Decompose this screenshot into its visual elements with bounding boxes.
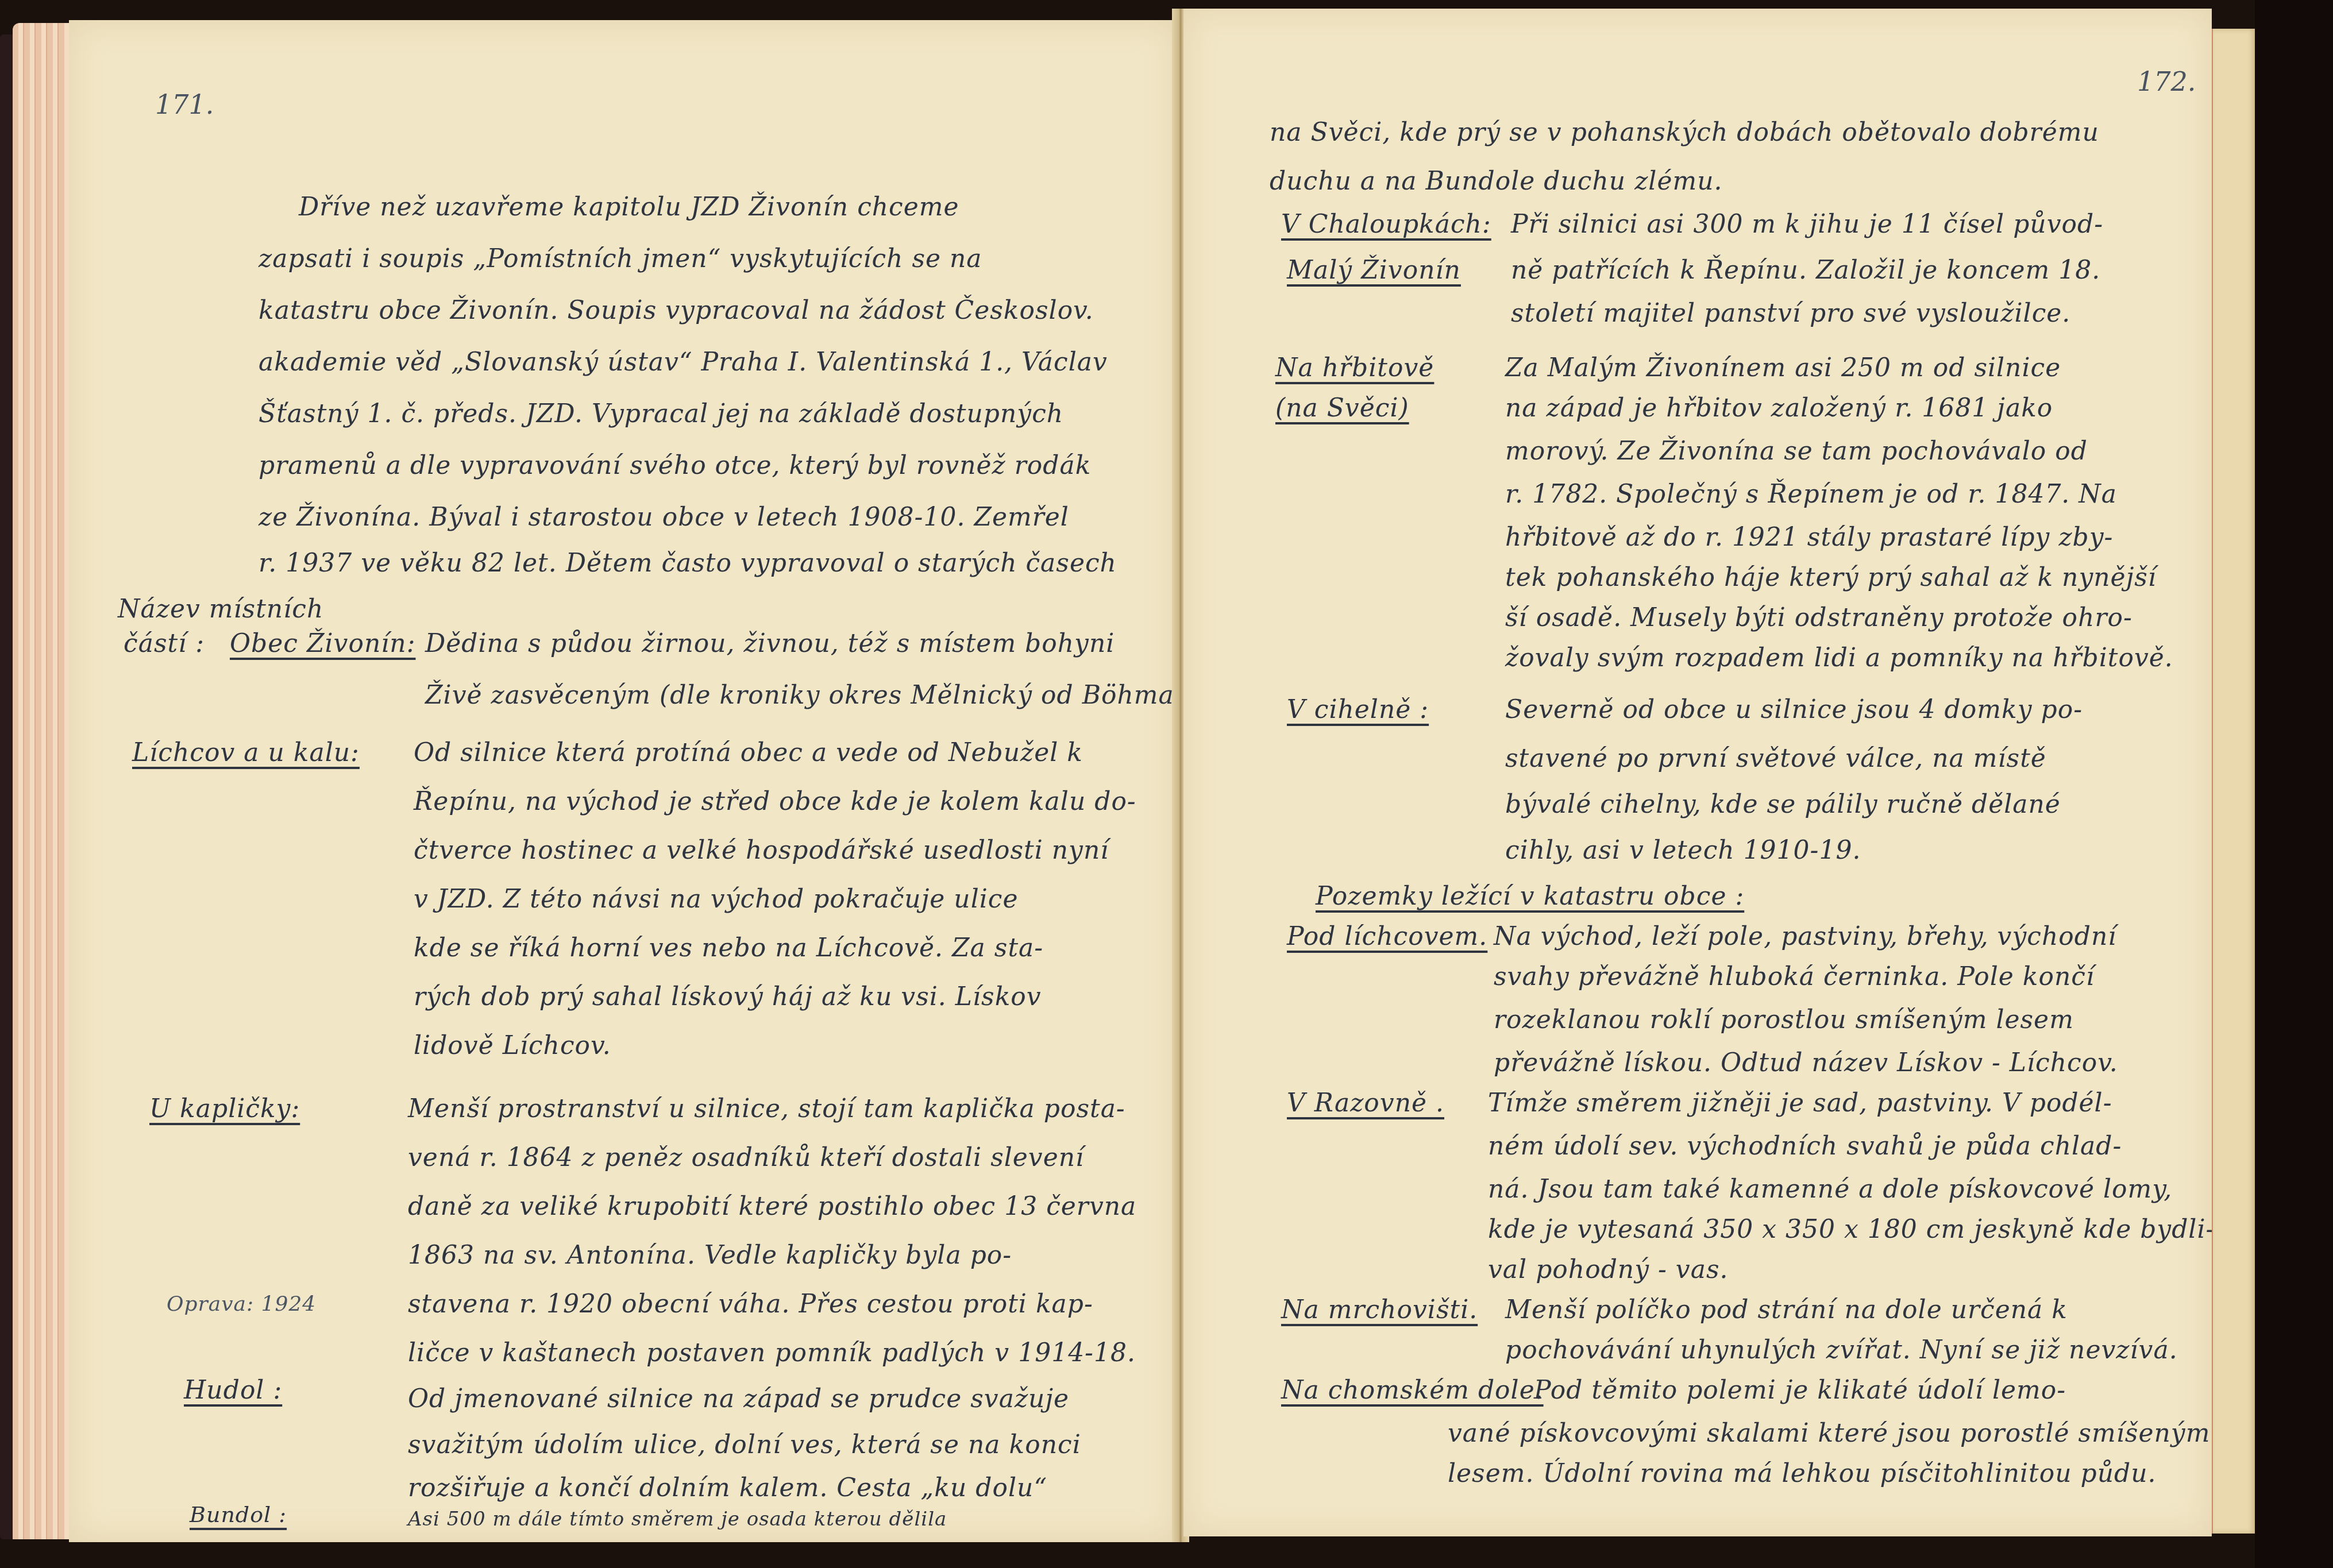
continuation-line: duchu a na Bundole duchu zlému. <box>1270 167 1723 196</box>
entry-line: ném údolí sev. východních svahů je půda … <box>1488 1131 2122 1161</box>
subsection-heading: Pozemky ležící v katastru obce : <box>1316 882 1744 911</box>
entry-line: cihly, asi v letech 1910-19. <box>1505 836 1861 865</box>
section-heading: Název místních <box>118 594 323 624</box>
entry-line: rých dob prý sahal lískový háj až ku vsi… <box>414 982 1042 1011</box>
intro-line: Šťastný 1. č. předs. JZD. Vypracal jej n… <box>259 399 1063 428</box>
entry-line: Menší prostranství u silnice, stojí tam … <box>408 1094 1125 1123</box>
intro-line: ze Živonína. Býval i starostou obce v le… <box>259 503 1069 532</box>
intro-line: r. 1937 ve věku 82 let. Dětem často vypr… <box>259 549 1117 578</box>
entry-line: století majitel panství pro své vyslouži… <box>1511 299 2070 328</box>
entry-line: ná. Jsou tam také kamenné a dole pískovc… <box>1488 1175 2172 1204</box>
entry-line: Od silnice která protíná obec a vede od … <box>414 738 1083 767</box>
entry-label: Pod líchcovem. <box>1287 922 1487 951</box>
entry-line: daně za veliké krupobití které postihlo … <box>408 1192 1136 1221</box>
intro-line: zapsati i soupis „Pomístních jmen“ vysky… <box>259 244 982 273</box>
entry-line: svažitým údolím ulice, dolní ves, která … <box>408 1430 1081 1459</box>
entry-line: Za Malým Živonínem asi 250 m od silnice <box>1505 353 2061 383</box>
book-cover-right <box>2255 0 2333 1568</box>
section-heading: částí : <box>124 629 205 658</box>
entry-line: Živě zasvěceným (dle kroniky okres Mělni… <box>425 681 1185 710</box>
entry-label: Bundol : <box>190 1502 287 1527</box>
intro-line: akademie věd „Slovanský ústav“ Praha I. … <box>259 347 1108 377</box>
entry-line: lesem. Údolní rovina má lehkou písčitohl… <box>1448 1459 2157 1488</box>
entry-line: čtverce hostinec a velké hospodářské use… <box>414 836 1109 865</box>
intro-line: pramenů a dle vypravování svého otce, kt… <box>259 451 1091 480</box>
entry-line: ně patřících k Řepínu. Založil je koncem… <box>1511 256 2100 285</box>
entry-line: vená r. 1864 z peněz osadníků kteří dost… <box>408 1143 1084 1172</box>
entry-line: Menší políčko pod strání na dole určená … <box>1505 1295 2068 1324</box>
open-book: 171. Dříve než uzavřeme kapitolu JZD Živ… <box>0 0 2333 1568</box>
entry-line: kde je vytesaná 350 x 350 x 180 cm jesky… <box>1488 1215 2215 1244</box>
entry-line: tek pohanského háje který prý sahal až k… <box>1505 563 2157 592</box>
page-stack-edge <box>13 23 76 1539</box>
entry-line: Řepínu, na východ je střed obce kde je k… <box>414 787 1136 816</box>
entry-label: V Razovně . <box>1287 1088 1444 1118</box>
entry-line: lidově Líchcov. <box>414 1031 611 1060</box>
entry-line: ličce v kaštanech postaven pomník padlýc… <box>408 1338 1136 1368</box>
entry-label: V Chaloupkách: <box>1281 210 1491 239</box>
margin-note: Oprava: 1924 <box>167 1292 316 1316</box>
entry-line: ší osadě. Musely býti odstraněny protože… <box>1505 603 2133 632</box>
page-number-right: 172. <box>2137 66 2196 97</box>
entry-label-alt: Malý Živonín <box>1287 256 1461 285</box>
entry-label: Na hřbitově <box>1275 353 1434 383</box>
entry-label: Na chomském dole. <box>1281 1376 1544 1405</box>
left-page: 171. Dříve než uzavřeme kapitolu JZD Živ… <box>69 20 1178 1542</box>
entry-line: Na východ, leží pole, pastviny, břehy, v… <box>1494 922 2116 951</box>
entry-line: kde se říká horní ves nebo na Líchcově. … <box>414 933 1043 963</box>
entry-line: morový. Ze Živonína se tam pochovávalo o… <box>1505 437 2088 466</box>
entry-line: Od jmenované silnice na západ se prudce … <box>408 1384 1069 1413</box>
entry-line: r. 1782. Společný s Řepínem je od r. 184… <box>1505 480 2117 509</box>
entry-line: v JZD. Z této návsi na východ pokračuje … <box>414 885 1019 914</box>
entry-line: Při silnici asi 300 m k jihu je 11 čísel… <box>1511 210 2103 239</box>
entry-line: val pohodný - vas. <box>1488 1255 1729 1284</box>
entry-label: Hudol : <box>184 1376 282 1405</box>
entry-line: bývalé cihelny, kde se pálily ručně děla… <box>1505 790 2061 819</box>
continuation-line: na Svěci, kde prý se v pohanských dobách… <box>1270 118 2099 147</box>
page-number-left: 171. <box>155 89 214 120</box>
intro-line: Dříve než uzavřeme kapitolu JZD Živonín … <box>299 192 959 222</box>
intro-line: katastru obce Živonín. Soupis vypracoval… <box>259 296 1094 325</box>
entry-line: Tímže směrem jižněji je sad, pastviny. V… <box>1488 1088 2112 1118</box>
entry-label: Líchcov a u kalu: <box>132 738 360 767</box>
entry-line: hřbitově až do r. 1921 stály prastaré lí… <box>1505 523 2113 552</box>
entry-line: Severně od obce u silnice jsou 4 domky p… <box>1505 695 2083 724</box>
entry-line: žovaly svým rozpadem lidi a pomníky na h… <box>1505 643 2173 673</box>
entry-line: rozšiřuje a končí dolním kalem. Cesta „k… <box>408 1473 1047 1503</box>
entry-line: svahy převážně hluboká černinka. Pole ko… <box>1494 962 2095 991</box>
torn-flyleaf <box>2212 29 2256 1534</box>
entry-line: stavené po první světové válce, na místě <box>1505 744 2046 773</box>
entry-label: U kapličky: <box>149 1094 300 1123</box>
entry-line: převážně lískou. Odtud název Lískov - Lí… <box>1494 1048 2118 1077</box>
entry-label-alt: (na Svěci) <box>1275 393 1409 423</box>
entry-line: na západ je hřbitov založený r. 1681 jak… <box>1505 393 2053 423</box>
right-page: 172. na Svěci, kde prý se v pohanských d… <box>1183 9 2212 1536</box>
entry-line: Pod těmito polemi je klikaté údolí lemo- <box>1534 1376 2066 1405</box>
entry-label: V cihelně : <box>1287 695 1429 724</box>
entry-line: Dědina s půdou žirnou, živnou, též s mís… <box>425 629 1115 658</box>
entry-line: rozeklanou roklí porostlou smíšeným lese… <box>1494 1005 2074 1034</box>
entry-line: pochovávání uhynulých zvířat. Nyní se ji… <box>1505 1335 2178 1365</box>
entry-line: stavena r. 1920 obecní váha. Přes cestou… <box>408 1289 1093 1319</box>
entry-label: Na mrchovišti. <box>1281 1295 1478 1324</box>
entry-line: vané pískovcovými skalami které jsou por… <box>1448 1419 2210 1448</box>
entry-label: Obec Živonín: <box>230 629 415 658</box>
entry-line: 1863 na sv. Antonína. Vedle kapličky byl… <box>408 1241 1012 1270</box>
